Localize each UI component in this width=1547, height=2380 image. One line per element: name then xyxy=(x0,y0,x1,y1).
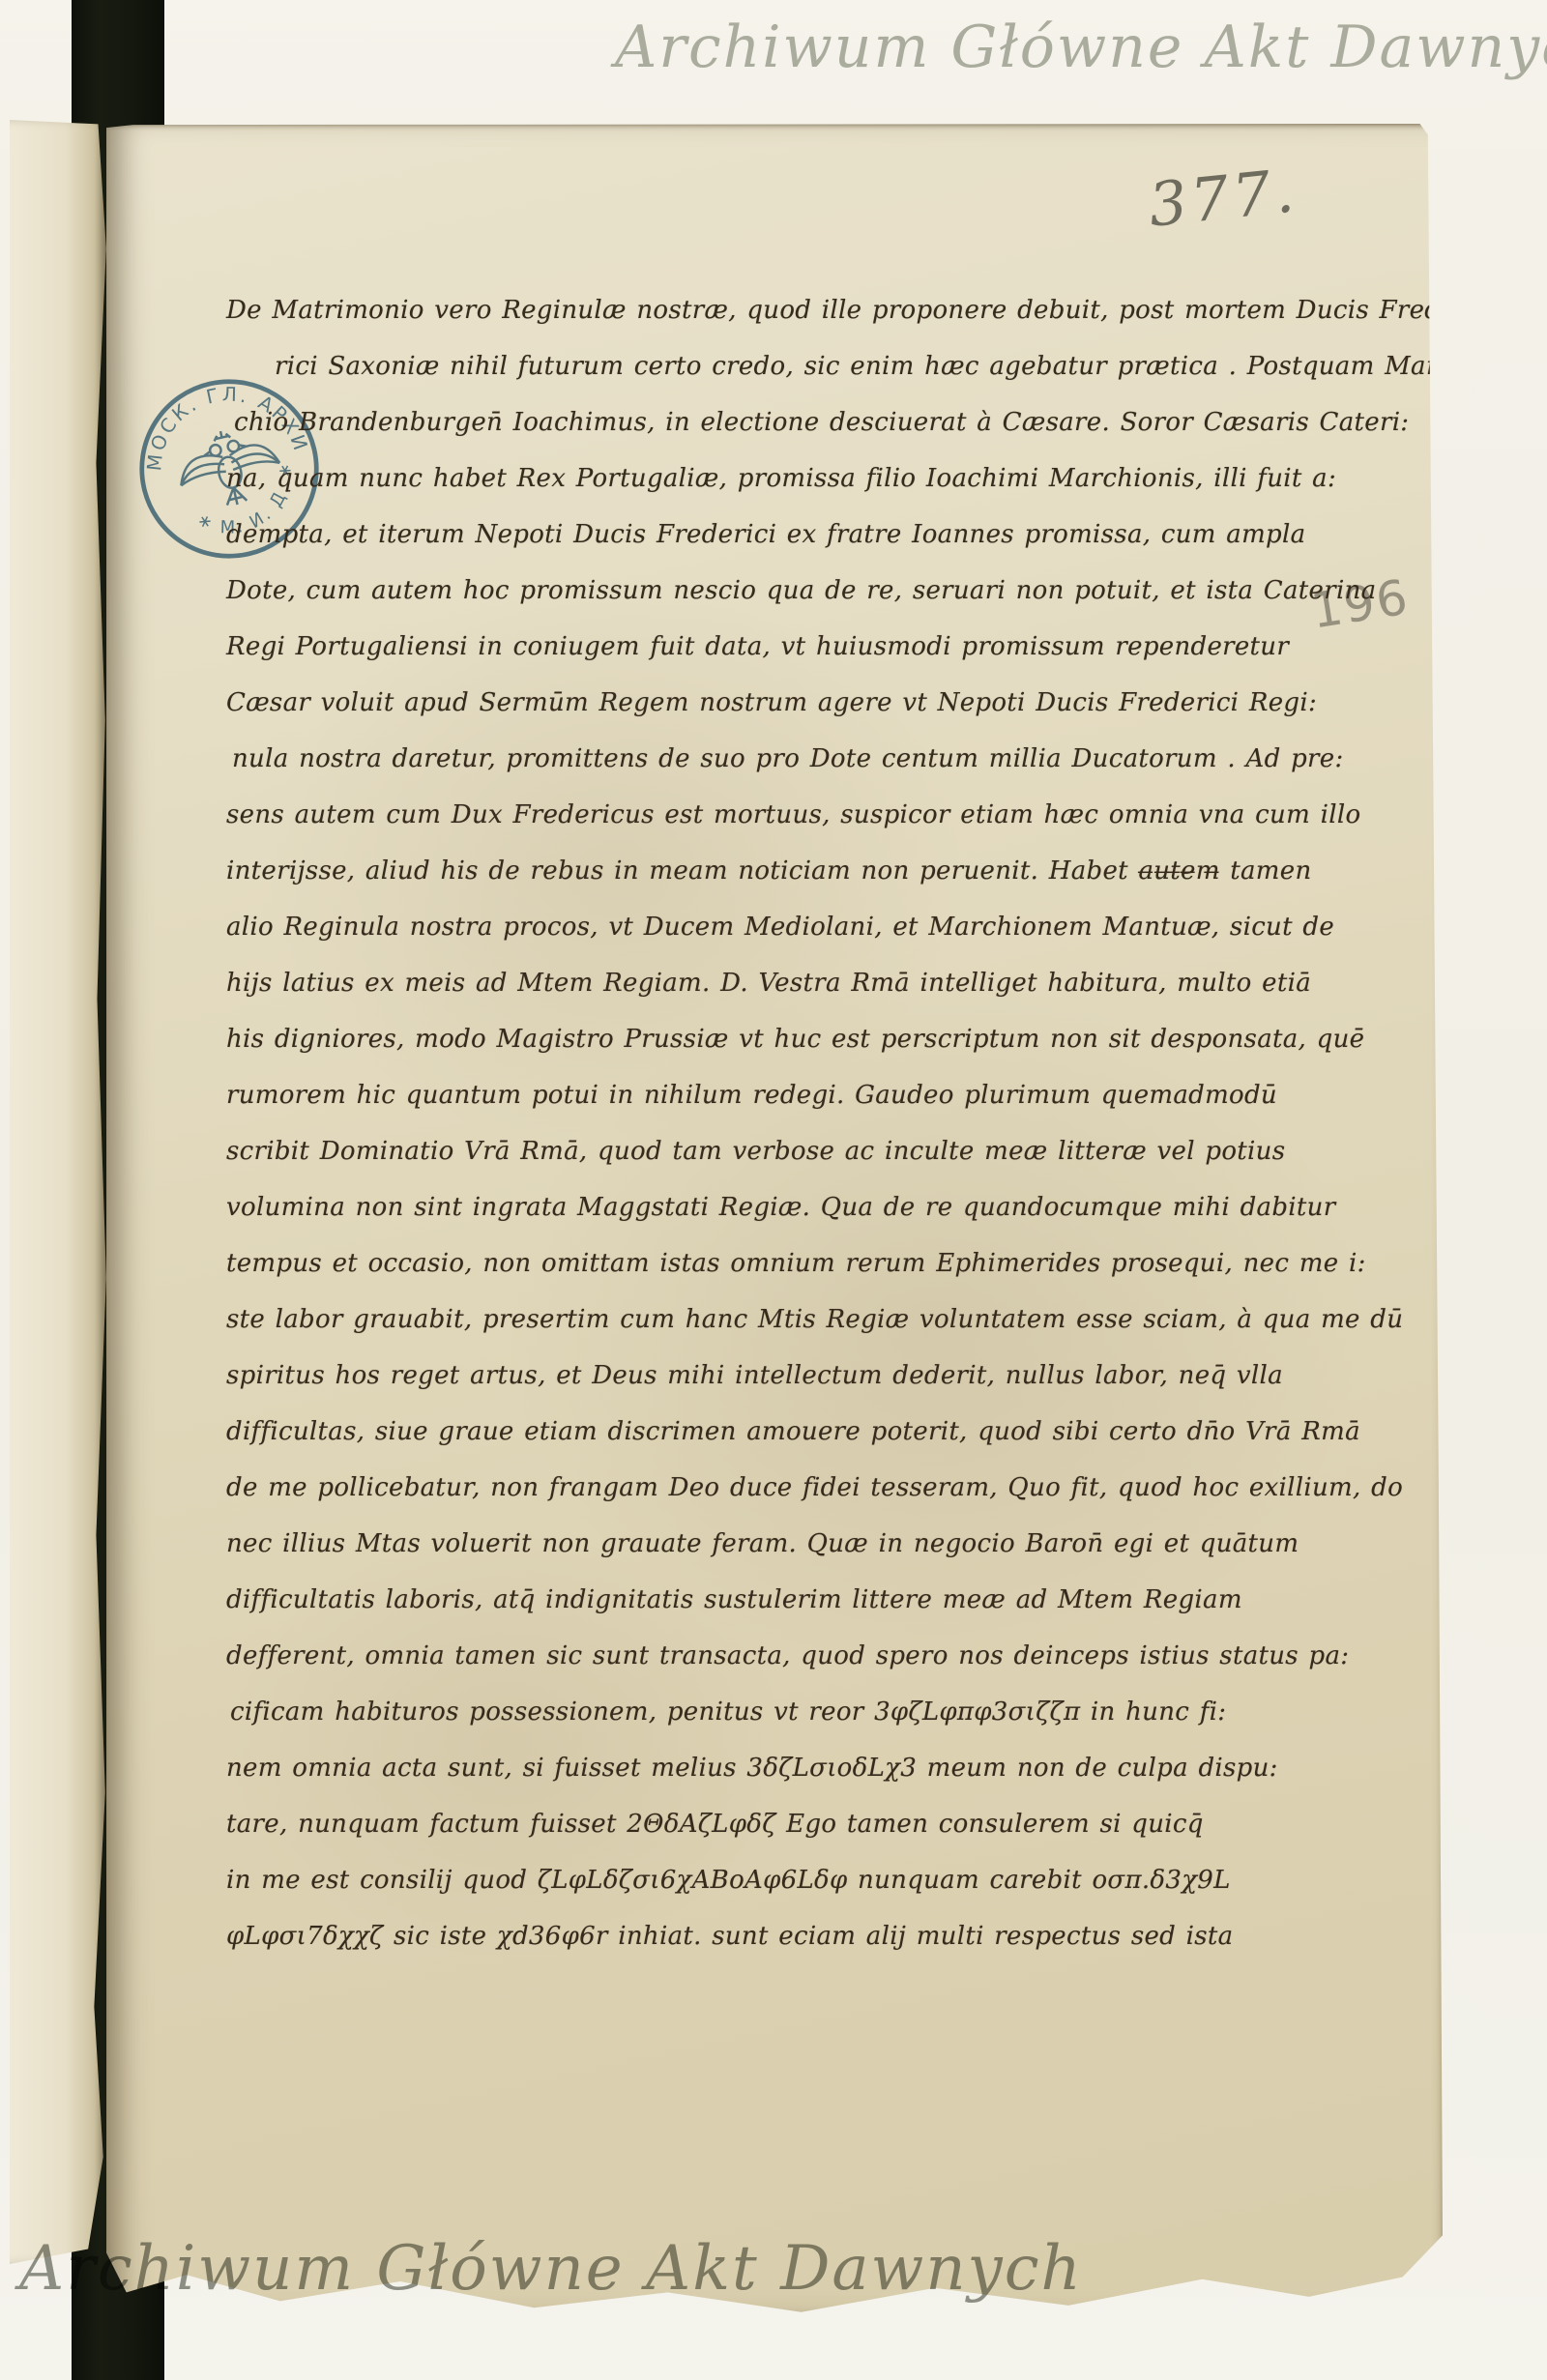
manuscript-page: 377. 196 МОСК. ГЛ. АРХИВЪ ∗ М. И. Д. ∗ xyxy=(106,124,1443,2314)
manuscript-line: de me pollicebatur, non frangam Deo duce… xyxy=(226,1460,1383,1516)
manuscript-line: sens autem cum Dux Fredericus est mortuu… xyxy=(226,787,1383,843)
manuscript-line: dempta, et iterum Nepoti Ducis Frederici… xyxy=(226,507,1383,563)
manuscript-line: in me est consilij quod ζLφLδζσι6χΑΒοΑφ6… xyxy=(226,1852,1383,1908)
manuscript-line: Dote, cum autem hoc promissum nescio qua… xyxy=(226,563,1383,619)
manuscript-line: tempus et occasio, non omittam istas omn… xyxy=(226,1235,1383,1292)
manuscript-line: nec illius Mtas voluerit non grauate fer… xyxy=(226,1516,1383,1572)
manuscript-line: interijsse, aliud his de rebus in meam n… xyxy=(226,843,1383,899)
manuscript-line: Regi Portugaliensi in coniugem fuit data… xyxy=(226,619,1383,675)
facing-leaf-edge xyxy=(10,120,110,2264)
manuscript-line: tare, nunquam factum fuisset 2ΘδΑζLφδζ E… xyxy=(226,1796,1383,1852)
manuscript-line: na, quam nunc habet Rex Portugaliæ, prom… xyxy=(226,450,1383,507)
manuscript-line: difficultas, siue graue etiam discrimen … xyxy=(226,1404,1383,1460)
manuscript-line: scribit Dominatio Vrā Rmā, quod tam verb… xyxy=(226,1123,1383,1179)
folio-number: 377. xyxy=(1146,155,1301,241)
manuscript-line: nem omnia acta sunt, si fuisset melius 3… xyxy=(226,1740,1383,1796)
manuscript-line: his digniores, modo Magistro Prussiæ vt … xyxy=(226,1011,1383,1067)
manuscript-line: difficultatis laboris, atq̄ indignitatis… xyxy=(226,1572,1383,1628)
manuscript-text: De Matrimonio vero Reginulæ nostræ, quod… xyxy=(226,282,1383,1964)
manuscript-line: Cæsar voluit apud Sermūm Regem nostrum a… xyxy=(226,675,1383,731)
manuscript-line: defferent, omnia tamen sic sunt transact… xyxy=(226,1628,1383,1684)
manuscript-line: ste labor grauabit, presertim cum hanc M… xyxy=(226,1292,1383,1348)
manuscript-line: hijs latius ex meis ad Mtem Regiam. D. V… xyxy=(226,955,1383,1011)
manuscript-line: cificam habituros possessionem, penitus … xyxy=(230,1684,1383,1740)
manuscript-line: De Matrimonio vero Reginulæ nostræ, quod… xyxy=(226,282,1383,338)
manuscript-line: rici Saxoniæ nihil futurum certo credo, … xyxy=(275,338,1383,394)
manuscript-line: spiritus hos reget artus, et Deus mihi i… xyxy=(226,1348,1383,1404)
manuscript-line: nula nostra daretur, promittens de suo p… xyxy=(232,731,1383,787)
watermark-top: Archiwum Główne Akt Dawnych xyxy=(615,14,1547,81)
manuscript-line: φLφσι7δχχζ sic iste χd36φ6r inhiat. sunt… xyxy=(226,1908,1383,1964)
manuscript-line: volumina non sint ingrata Maggstati Regi… xyxy=(226,1179,1383,1235)
manuscript-line: rumorem hic quantum potui in nihilum red… xyxy=(226,1067,1383,1123)
manuscript-line: chio Brandenburgen̄ Ioachimus, in electi… xyxy=(234,394,1383,450)
manuscript-line: alio Reginula nostra procos, vt Ducem Me… xyxy=(226,899,1383,955)
